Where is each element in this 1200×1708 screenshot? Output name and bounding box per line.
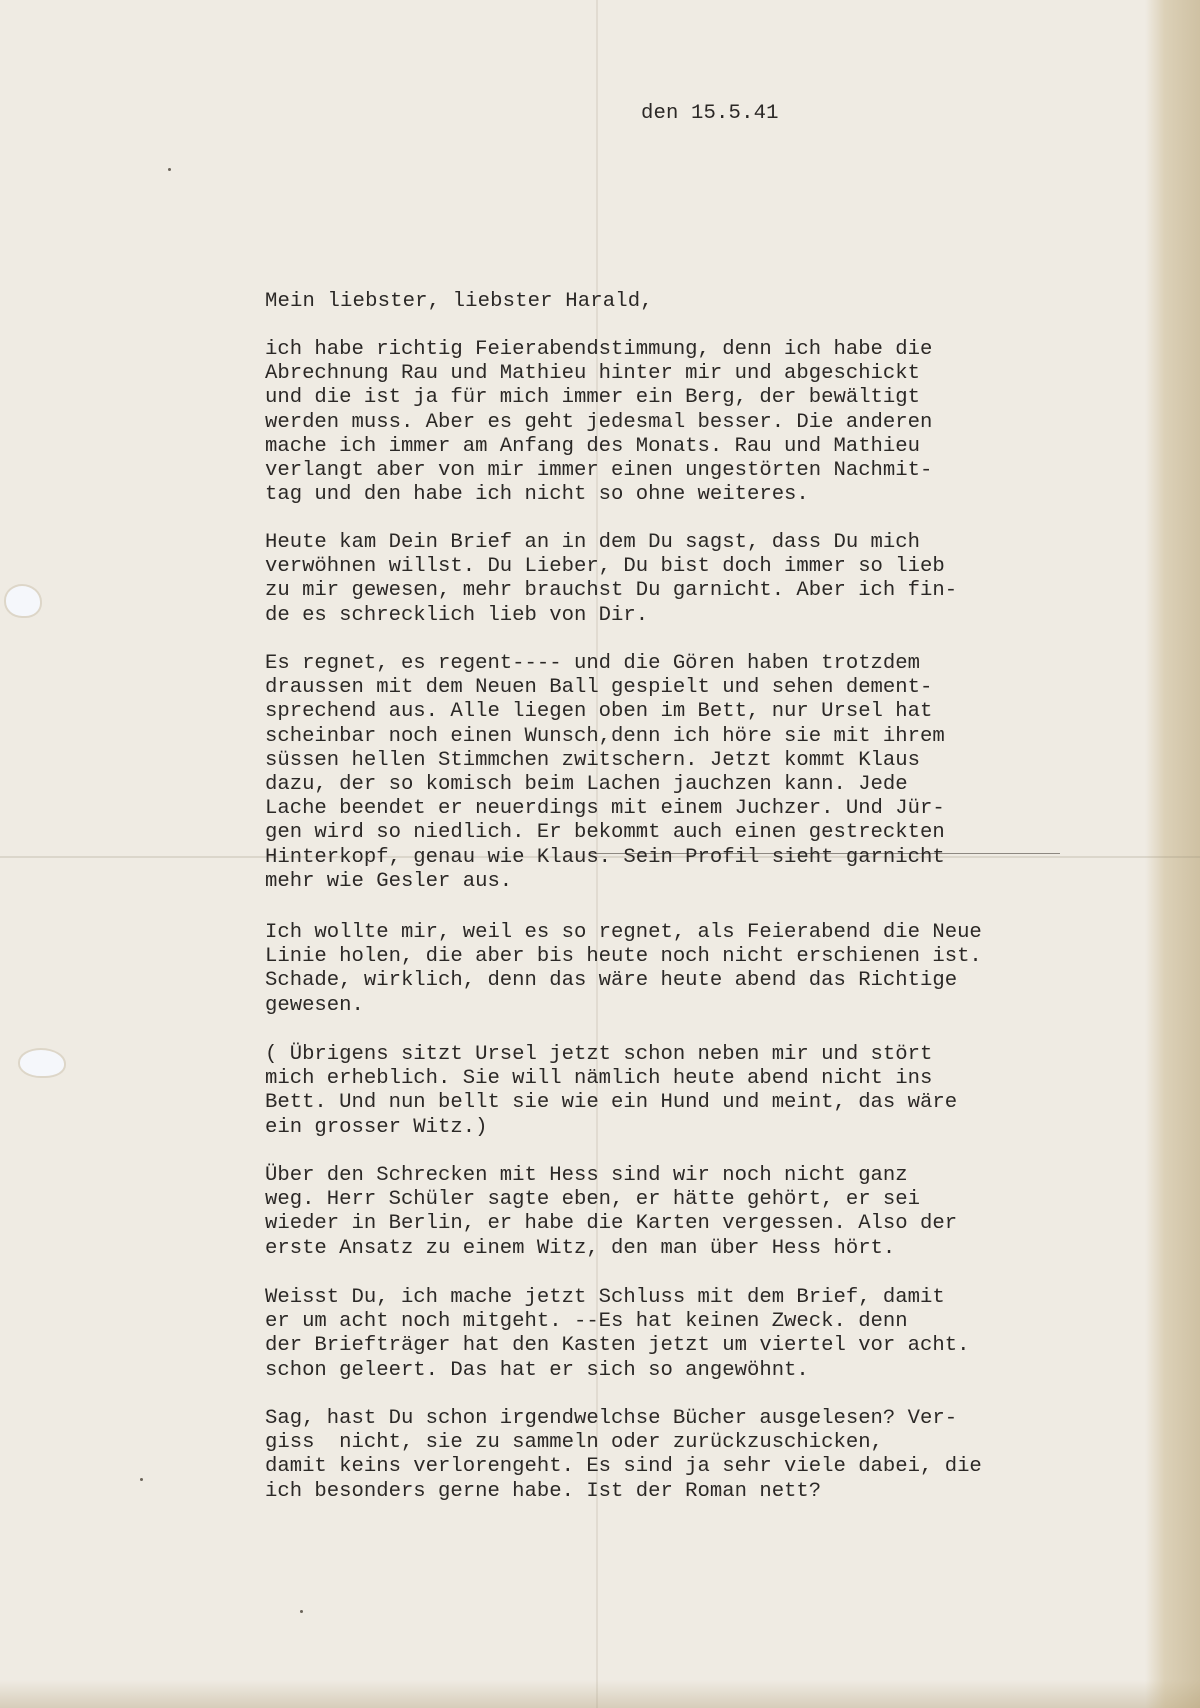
text-line: wieder in Berlin, er habe die Karten ver… (265, 1212, 957, 1236)
text-line: ( Übrigens sitzt Ursel jetzt schon neben… (265, 1043, 957, 1067)
paragraph: Über den Schrecken mit Hess sind wir noc… (265, 1164, 957, 1261)
text-line: mehr wie Gesler aus. (265, 870, 945, 894)
text-line: ein grosser Witz.) (265, 1116, 957, 1140)
text-line: verlangt aber von mir immer einen ungest… (265, 459, 932, 483)
paragraph: ich habe richtig Feierabendstimmung, den… (265, 338, 932, 507)
text-line: scheinbar noch einen Wunsch,denn ich hör… (265, 725, 945, 749)
text-line: Linie holen, die aber bis heute noch nic… (265, 945, 982, 969)
text-line: gen wird so niedlich. Er bekommt auch ei… (265, 821, 945, 845)
text-line: erste Ansatz zu einem Witz, den man über… (265, 1237, 957, 1261)
text-line: der Briefträger hat den Kasten jetzt um … (265, 1334, 969, 1358)
text-line: Es regnet, es regent---- und die Gören h… (265, 652, 945, 676)
paper-speck (300, 1610, 303, 1613)
letter-date: den 15.5.41 (641, 102, 779, 126)
text-line: giss nicht, sie zu sammeln oder zurückzu… (265, 1431, 982, 1455)
text-line: tag und den habe ich nicht so ohne weite… (265, 483, 932, 507)
text-line: süssen hellen Stimmchen zwitschern. Jetz… (265, 749, 945, 773)
paragraph: Ich wollte mir, weil es so regnet, als F… (265, 921, 982, 1018)
text-line: Über den Schrecken mit Hess sind wir noc… (265, 1164, 957, 1188)
salutation: Mein liebster, liebster Harald, (265, 290, 653, 314)
text-line: Ich wollte mir, weil es so regnet, als F… (265, 921, 982, 945)
text-line: Sag, hast Du schon irgendwelchse Bücher … (265, 1407, 982, 1431)
paragraph: Weisst Du, ich mache jetzt Schluss mit d… (265, 1286, 969, 1383)
text-line: ich habe richtig Feierabendstimmung, den… (265, 338, 932, 362)
text-line: Hinterkopf, genau wie Klaus. Sein Profil… (265, 846, 945, 870)
text-line: gewesen. (265, 994, 982, 1018)
punch-hole-icon (4, 584, 42, 618)
text-line: er um acht noch mitgeht. --Es hat keinen… (265, 1310, 969, 1334)
text-line: Abrechnung Rau und Mathieu hinter mir un… (265, 362, 932, 386)
text-line: de es schrecklich lieb von Dir. (265, 604, 957, 628)
punch-hole-icon (18, 1048, 66, 1078)
paragraph: Heute kam Dein Brief an in dem Du sagst,… (265, 531, 957, 628)
text-line: weg. Herr Schüler sagte eben, er hätte g… (265, 1188, 957, 1212)
text-line: Heute kam Dein Brief an in dem Du sagst,… (265, 531, 957, 555)
text-line: dazu, der so komisch beim Lachen jauchze… (265, 773, 945, 797)
text-line: und die ist ja für mich immer ein Berg, … (265, 386, 932, 410)
text-line: mache ich immer am Anfang des Monats. Ra… (265, 435, 932, 459)
text-line: mich erheblich. Sie will nämlich heute a… (265, 1067, 957, 1091)
text-line: Bett. Und nun bellt sie wie ein Hund und… (265, 1091, 957, 1115)
text-line: werden muss. Aber es geht jedesmal besse… (265, 411, 932, 435)
text-line: zu mir gewesen, mehr brauchst Du garnich… (265, 579, 957, 603)
text-line: draussen mit dem Neuen Ball gespielt und… (265, 676, 945, 700)
letter-page: den 15.5.41 Mein liebster, liebster Hara… (0, 0, 1200, 1708)
paragraph: Es regnet, es regent---- und die Gören h… (265, 652, 945, 894)
paper-speck (140, 1478, 143, 1481)
text-line: ich besonders gerne habe. Ist der Roman … (265, 1480, 982, 1504)
text-line: damit keins verlorengeht. Es sind ja seh… (265, 1455, 982, 1479)
paper-speck (168, 168, 171, 171)
text-line: Schade, wirklich, denn das wäre heute ab… (265, 969, 982, 993)
text-line: verwöhnen willst. Du Lieber, Du bist doc… (265, 555, 957, 579)
text-line: Weisst Du, ich mache jetzt Schluss mit d… (265, 1286, 969, 1310)
paragraph: Sag, hast Du schon irgendwelchse Bücher … (265, 1407, 982, 1504)
text-line: Lache beendet er neuerdings mit einem Ju… (265, 797, 945, 821)
text-line: schon geleert. Das hat er sich so angewö… (265, 1359, 969, 1383)
text-line: sprechend aus. Alle liegen oben im Bett,… (265, 700, 945, 724)
paragraph: ( Übrigens sitzt Ursel jetzt schon neben… (265, 1043, 957, 1140)
